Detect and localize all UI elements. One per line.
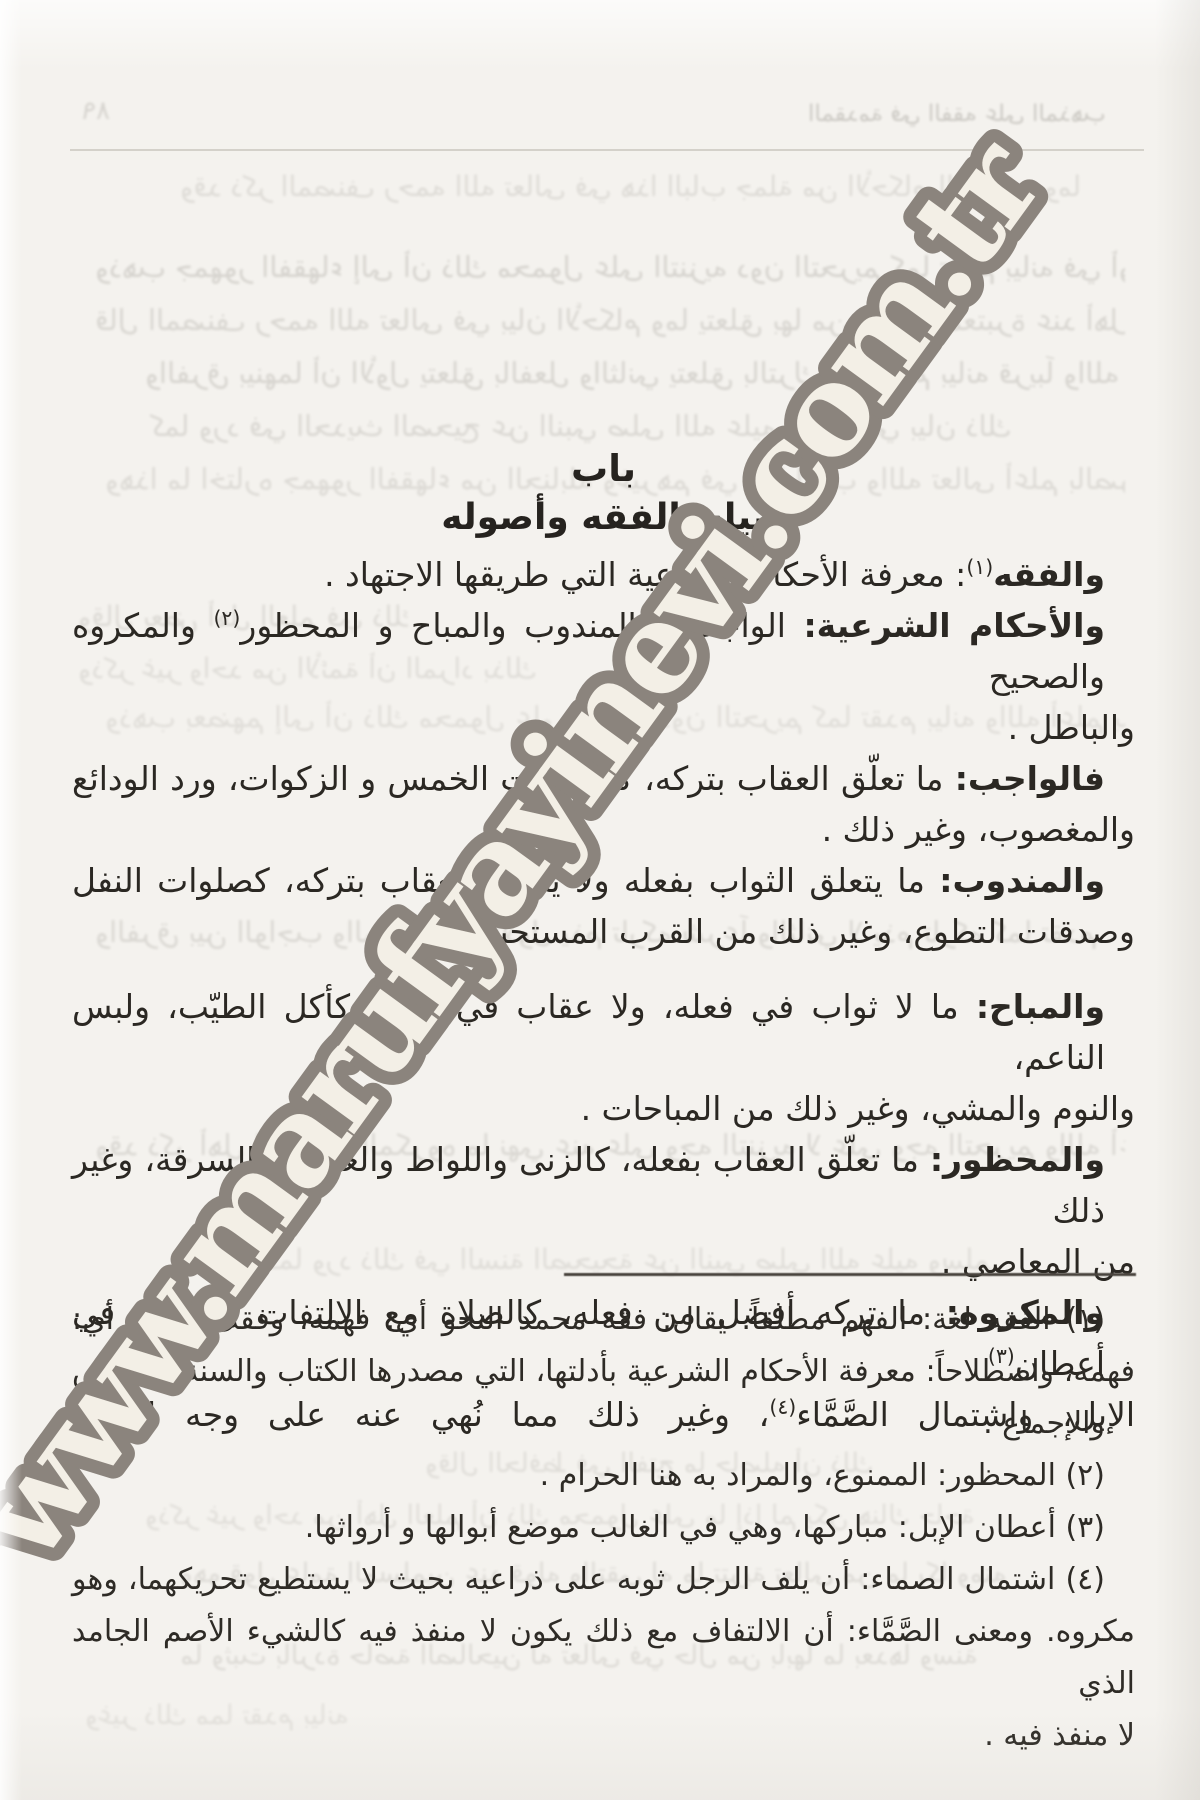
ghost-line: وقد ذكر المصنف رحمه الله تعالى في هذا ال…	[180, 170, 1080, 203]
text-segment: : معرفة الأحكام الشرعية التي طريقها الاج…	[324, 555, 966, 594]
text-line: والأحكام الشرعية: الواجب و المندوب والمب…	[72, 600, 1135, 702]
text-line: والنوم والمشي، وغير ذلك من المباحات .	[72, 1083, 1135, 1134]
text-segment: (٣) أعطان الإبل: مباركها، وهي في الغالب …	[305, 1510, 1105, 1545]
text-segment: والمندوب:	[939, 861, 1105, 900]
text-line: وصدقات التطوع، وغير ذلك من القرب المستحب…	[72, 906, 1135, 957]
footnote-marker: (١)	[966, 555, 993, 579]
text-line: مكروه. ومعنى الصَّمَّاء: أن الالتفاف مع …	[72, 1606, 1135, 1710]
text-line: فهمه، واصطلاحاً: معرفة الأحكام الشرعية ب…	[72, 1346, 1135, 1398]
text-line: والمغصوب، وغير ذلك .	[72, 804, 1135, 855]
book-page: ٨٩المقدمة في الفقه على المذهبوقد ذكر الم…	[0, 0, 1200, 1800]
ghost-line: وذهب جمهور الفقهاء إلى أن ذلك محمول على …	[95, 250, 1125, 284]
chapter-title: باب	[72, 447, 1135, 490]
text-segment: والفقه	[993, 555, 1105, 594]
text-segment: والنوم والمشي، وغير ذلك من المباحات .	[581, 1089, 1135, 1128]
text-line: والمحظور: ما تعلّق العقاب بفعله، كالزنى …	[72, 1134, 1135, 1236]
text-line: والإجماع .	[72, 1398, 1135, 1450]
text-line: (٣) أعطان الإبل: مباركها، وهي في الغالب …	[72, 1502, 1135, 1554]
text-line: (٤) اشتمال الصماء: أن يلف الرجل ثوبه على…	[72, 1554, 1135, 1606]
ghost-line: والفرق بينهما أن الأول يتعلق بالفعل والث…	[145, 356, 1125, 390]
text-segment: فهمه، واصطلاحاً: معرفة الأحكام الشرعية ب…	[72, 1354, 1135, 1389]
ghost-line: ٨٩	[82, 96, 192, 126]
text-segment: والإجماع .	[983, 1406, 1105, 1441]
text-segment: والمغصوب، وغير ذلك .	[822, 810, 1135, 849]
footnote-marker: (٢)	[213, 606, 240, 630]
text-line: (١) الفقه لغة: الفهم مطلقاً. يقال: فقه م…	[72, 1294, 1135, 1346]
text-line: لا منفذ فيه .	[72, 1710, 1135, 1762]
text-segment: الواجب و المندوب والمباح و المحظور	[240, 606, 803, 645]
text-segment: مكروه. ومعنى الصَّمَّاء: أن الالتفاف مع …	[72, 1614, 1135, 1701]
text-segment: والمباح:	[976, 987, 1105, 1026]
ghost-line: قال المصنف رحمه الله تعالى في بيان الأحك…	[95, 303, 1125, 337]
text-segment: لا منفذ فيه .	[984, 1718, 1135, 1753]
text-line: من المعاصي .	[72, 1236, 1135, 1287]
text-segment: ما لا ثواب في فعله، ولا عقاب في تركه، كأ…	[72, 987, 1105, 1077]
text-line: فالواجب: ما تعلّق العقاب بتركه، كالصلوات…	[72, 753, 1135, 804]
text-line: والمباح: ما لا ثواب في فعله، ولا عقاب في…	[72, 981, 1135, 1083]
text-segment: ما تعلّق العقاب بتركه، كالصلوات الخمس و …	[72, 759, 955, 798]
ghost-line: كما ورد في الحديث الصحيح عن النبي صلى ال…	[150, 409, 1090, 443]
section-title: بيان الفقه وأصوله	[72, 497, 1135, 538]
text-line: (٢) المحظور: الممنوع، والمراد به هنا الح…	[72, 1450, 1135, 1502]
header-rule	[70, 149, 1144, 151]
text-segment: وصدقات التطوع، وغير ذلك من القرب المستحب…	[461, 912, 1135, 951]
text-segment: (٤) اشتمال الصماء: أن يلف الرجل ثوبه على…	[72, 1562, 1105, 1597]
text-segment: ما يتعلق الثواب بفعله ولا يتعلّق العقاب …	[72, 861, 939, 900]
ghost-line: المقدمة في الفقه على المذهب	[808, 101, 1138, 127]
text-line: والفقه(١): معرفة الأحكام الشرعية التي طر…	[72, 549, 1135, 600]
text-segment: فالواجب:	[955, 759, 1105, 798]
text-line: والمندوب: ما يتعلق الثواب بفعله ولا يتعل…	[72, 855, 1135, 906]
text-line: والباطل .	[72, 702, 1135, 753]
text-segment: (٢) المحظور: الممنوع، والمراد به هنا الح…	[540, 1458, 1105, 1493]
text-segment: والباطل .	[1008, 708, 1135, 747]
text-segment: والمحظور:	[930, 1140, 1105, 1179]
text-segment: (١) الفقه لغة: الفهم مطلقاً. يقال: فقه م…	[72, 1302, 1105, 1337]
text-segment: والأحكام الشرعية:	[803, 606, 1105, 645]
footnote-separator	[564, 1273, 1136, 1276]
footnotes: (١) الفقه لغة: الفهم مطلقاً. يقال: فقه م…	[72, 1294, 1135, 1762]
